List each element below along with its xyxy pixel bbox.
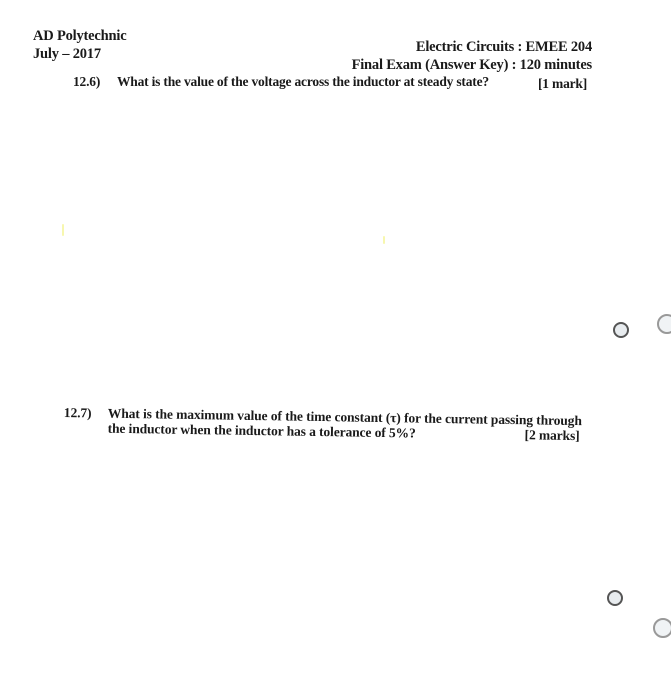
- question-marks: [1 mark]: [538, 76, 587, 92]
- punch-hole-icon: [607, 590, 623, 606]
- question-number: 12.7): [64, 405, 92, 420]
- header-right: Electric Circuits : EMEE 204 Final Exam …: [352, 38, 592, 74]
- punch-hole-icon: [653, 618, 671, 638]
- punch-hole-icon: [613, 322, 629, 338]
- question-12-7: 12.7) What is the maximum value of the t…: [64, 405, 582, 443]
- paper-speck: [383, 236, 385, 244]
- question-number: 12.6): [73, 74, 117, 90]
- header-left: AD Polytechnic July – 2017: [33, 27, 126, 63]
- institution-name: AD Polytechnic: [33, 27, 126, 45]
- exam-info: Final Exam (Answer Key) : 120 minutes: [352, 56, 592, 74]
- punch-hole-icon: [657, 314, 671, 334]
- question-marks: [2 marks]: [525, 427, 580, 443]
- paper-speck: [62, 224, 64, 236]
- course-title: Electric Circuits : EMEE 204: [352, 38, 592, 56]
- question-12-6: 12.6)What is the value of the voltage ac…: [73, 74, 489, 90]
- exam-date: July – 2017: [33, 45, 126, 63]
- question-text: What is the value of the voltage across …: [117, 74, 489, 89]
- question-text: What is the maximum value of the time co…: [108, 406, 582, 443]
